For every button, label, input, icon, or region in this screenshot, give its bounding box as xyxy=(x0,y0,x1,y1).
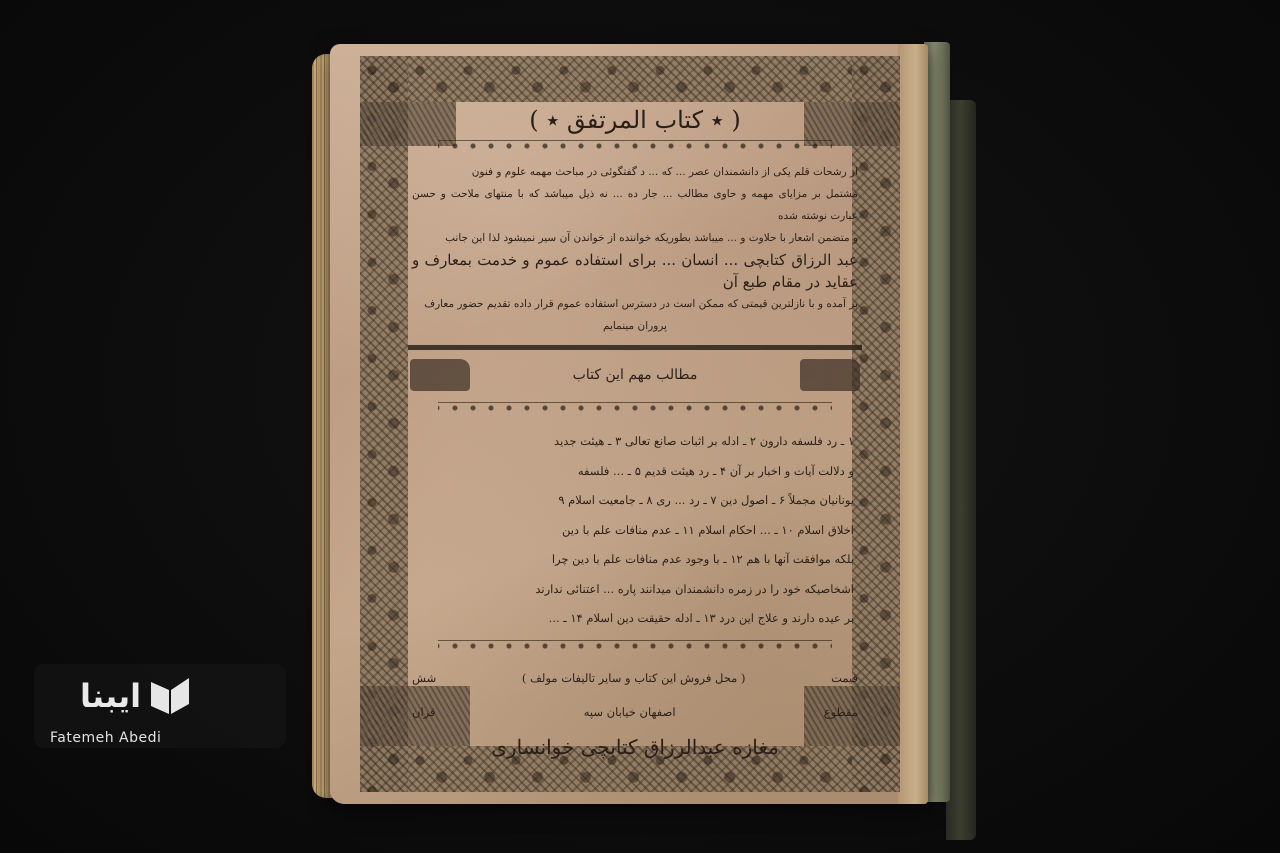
price-label: قیمت xyxy=(831,671,858,685)
border-left xyxy=(360,56,408,792)
cover-text-panel: ( ٭ کتاب المرتفق ٭ ) از رشحات قلم یکی از… xyxy=(408,104,862,744)
book-cover: ( ٭ کتاب المرتفق ٭ ) از رشحات قلم یکی از… xyxy=(330,44,928,804)
old-book: ( ٭ کتاب المرتفق ٭ ) از رشحات قلم یکی از… xyxy=(312,40,980,810)
intro-line: و متضمن اشعار با حلاوت و ... میباشد بطور… xyxy=(412,227,858,249)
shop-name: مغازه عبدالرزاق کتابچی خوانساری xyxy=(408,735,862,759)
contents-line: اشخاصیکه خود را در زمره دانشمندان میدانن… xyxy=(416,575,854,605)
ornamental-divider xyxy=(438,640,832,651)
address-row: مقطوع اصفهان خیابان سپه قران xyxy=(408,695,862,729)
cover-hinge xyxy=(898,44,928,804)
intro-line: از رشحات قلم یکی از دانشمندان عصر ... که… xyxy=(412,161,858,183)
contents-title: مطالب مهم این کتاب xyxy=(573,367,698,383)
contents-line: بر عیده دارند و علاج این درد ۱۳ ـ ادله ح… xyxy=(416,604,854,634)
fixed-price-label: مقطوع xyxy=(824,705,858,719)
ornamental-divider xyxy=(438,402,832,413)
address: اصفهان خیابان سپه xyxy=(584,705,676,719)
contents-header: مطالب مهم این کتاب xyxy=(408,354,862,396)
pointing-hand-icon xyxy=(410,359,470,391)
cover-footer: قیمت ( محل فروش این کتاب و سایر تالیفات … xyxy=(408,661,862,759)
intro-line: بر آمده و با نازلترین قیمتی که ممکن است … xyxy=(412,293,858,315)
contents-line: ۱ ـ رد فلسفه دارون ۲ ـ ادله بر اثبات صان… xyxy=(416,427,854,457)
open-book-icon xyxy=(149,676,191,716)
border-top xyxy=(360,56,900,102)
agency-logo: ایبنا xyxy=(80,676,191,716)
photographer-credit: Fatemeh Abedi xyxy=(50,730,161,746)
price-row: قیمت ( محل فروش این کتاب و سایر تالیفات … xyxy=(408,661,862,695)
price-value: شش xyxy=(412,671,436,685)
pointing-hand-icon xyxy=(800,359,860,391)
intro-line: پروران مینمایم xyxy=(412,315,858,337)
ornamental-divider xyxy=(438,140,832,151)
sale-place: ( محل فروش این کتاب و سایر تالیفات مولف … xyxy=(522,671,746,685)
thick-rule xyxy=(408,345,862,350)
contents-line: بلکه موافقت آنها با هم ۱۲ ـ با وجود عدم … xyxy=(416,545,854,575)
photo-scene: ( ٭ کتاب المرتفق ٭ ) از رشحات قلم یکی از… xyxy=(0,0,1280,853)
contents-line: و دلالت آیات و اخبار بر آن ۴ ـ رد هیئت ق… xyxy=(416,457,854,487)
book-title: ( ٭ کتاب المرتفق ٭ ) xyxy=(408,106,862,134)
contents-list: ۱ ـ رد فلسفه دارون ۲ ـ ادله بر اثبات صان… xyxy=(408,419,862,634)
introduction-text: از رشحات قلم یکی از دانشمندان عصر ... که… xyxy=(408,157,862,337)
intro-line: مشتمل بر مزایای مهمه و حاوی مطالب ... جا… xyxy=(412,183,858,227)
book-back-board xyxy=(946,100,976,840)
contents-line: اخلاق اسلام ۱۰ ـ ... احکام اسلام ۱۱ ـ عد… xyxy=(416,516,854,546)
contents-line: یونانیان مجملاً ۶ ـ اصول دین ۷ ـ رد ... … xyxy=(416,486,854,516)
intro-line: عبد الرزاق کتابچی ... انسان ... برای است… xyxy=(412,249,858,293)
price-unit: قران xyxy=(412,705,435,719)
logo-text: ایبنا xyxy=(80,678,141,714)
